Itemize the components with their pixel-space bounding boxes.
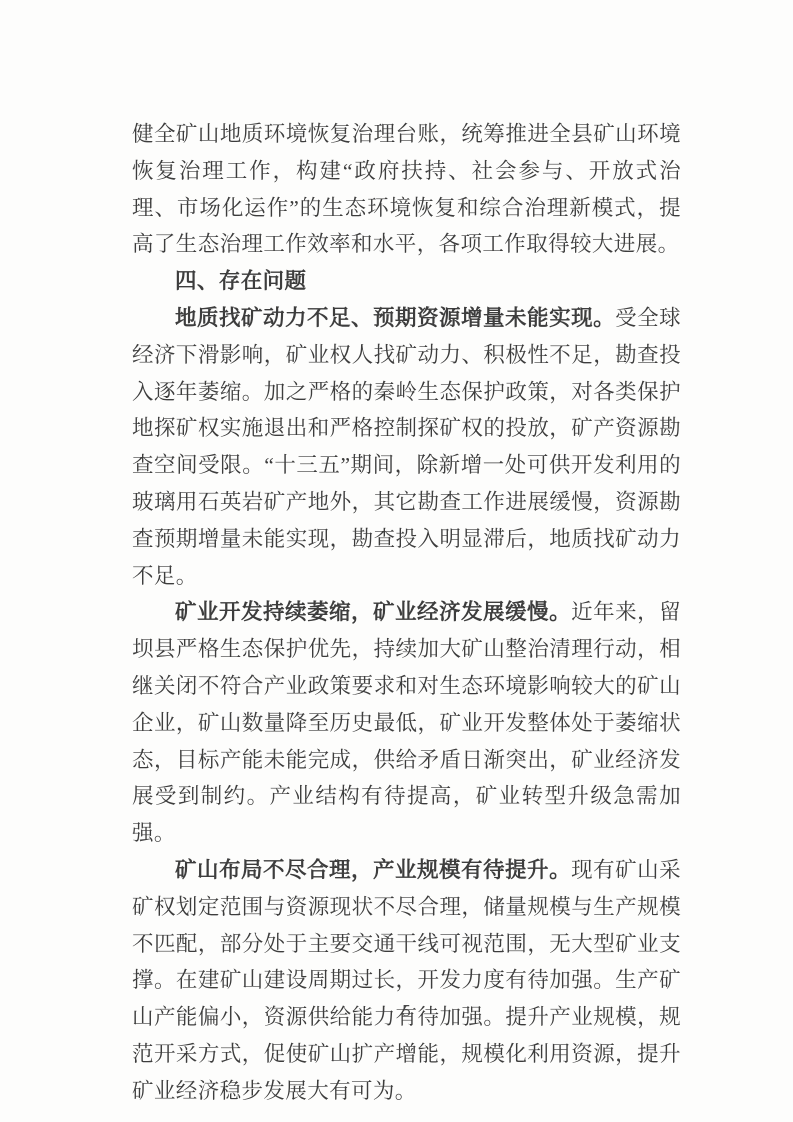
document-page: 健全矿山地质环境恢复治理台账，统筹推进全县矿山环境恢复治理工作，构建“政府扶持、… — [0, 0, 793, 1122]
paragraph-continuation: 健全矿山地质环境恢复治理台账，统筹推进全县矿山环境恢复治理工作，构建“政府扶持、… — [132, 116, 681, 263]
paragraph-bold-lead: 矿山布局不尽合理，产业规模有待提升。 — [175, 858, 571, 882]
paragraph-body-text: 现有矿山采矿权划定范围与资源现状不尽合理，储量规模与生产规模不匹配，部分处于主要… — [132, 858, 681, 1103]
paragraph: 矿山布局不尽合理，产业规模有待提升。现有矿山采矿权划定范围与资源现状不尽合理，储… — [132, 852, 681, 1110]
paragraph: 矿业开发持续萎缩，矿业经济发展缓慢。近年来，留坝县严格生态保护优先，持续加大矿山… — [132, 594, 681, 852]
paragraph: 地质找矿动力不足、预期资源增量未能实现。受全球经济下滑影响，矿业权人找矿动力、积… — [132, 300, 681, 594]
section-heading: 四、存在问题 — [132, 263, 681, 300]
paragraph-body-text: 受全球经济下滑影响，矿业权人找矿动力、积极性不足，勘查投入逐年萎缩。加之严格的秦… — [132, 306, 681, 588]
paragraph-bold-lead: 地质找矿动力不足、预期资源增量未能实现。 — [175, 306, 615, 330]
paragraph-bold-lead: 矿业开发持续萎缩，矿业经济发展缓慢。 — [175, 600, 571, 624]
page-number: 5 — [132, 1001, 681, 1021]
text-block: 健全矿山地质环境恢复治理台账，统筹推进全县矿山环境恢复治理工作，构建“政府扶持、… — [132, 116, 681, 1110]
paragraph-body-text: 近年来，留坝县严格生态保护优先，持续加大矿山整治清理行动，相继关闭不符合产业政策… — [132, 600, 681, 845]
